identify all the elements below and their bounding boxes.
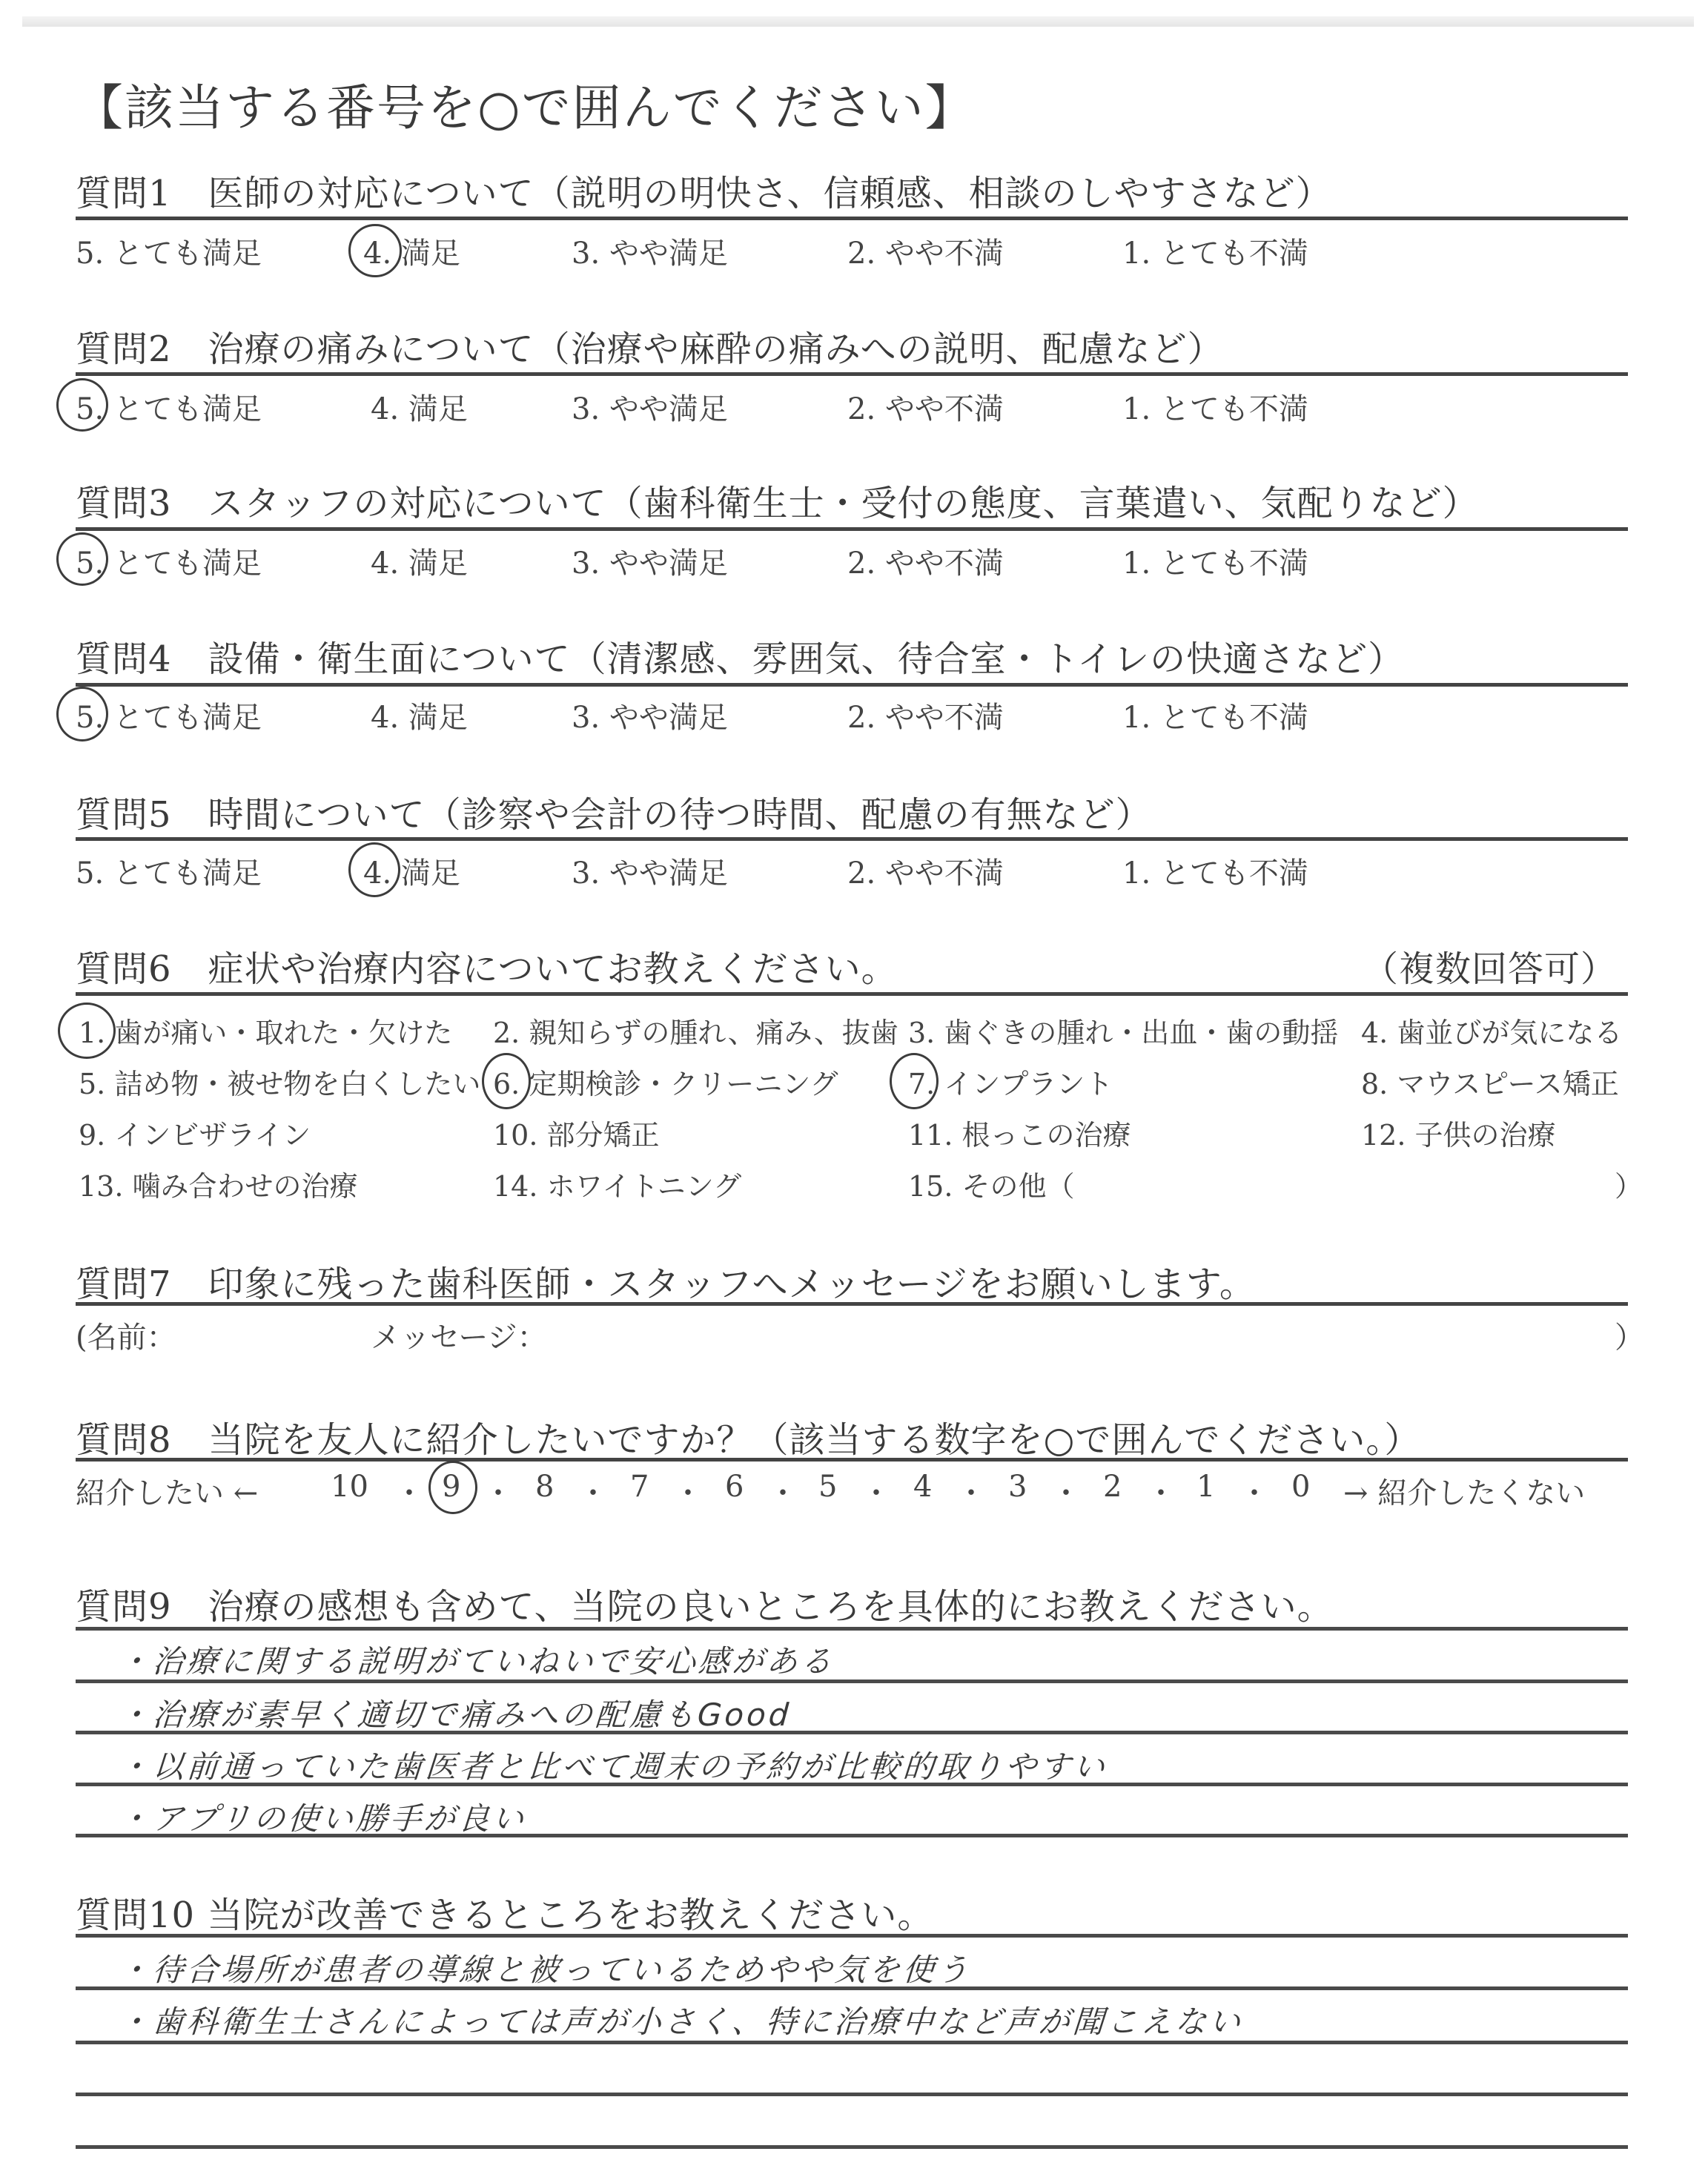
answer-rule [76,2145,1628,2149]
scale-separator: ・ [1239,1470,1269,1512]
selection-circle-mark [890,1053,939,1109]
q3-option-3[interactable]: 3. やや満足 [572,540,728,582]
divider [76,837,1628,841]
scale-8[interactable]: 8 [535,1470,554,1504]
q1-option-3[interactable]: 3. やや満足 [572,230,728,272]
q6-option-13[interactable]: 13. 噛み合わせの治療 [79,1163,358,1204]
q2-option-3[interactable]: 3. やや満足 [572,386,728,428]
multiple-answers-note: （複数回答可） [1363,940,1617,991]
q4-option-3[interactable]: 3. やや満足 [572,694,728,736]
recommend-left-label: 紹介したい ← [76,1470,258,1512]
answer-rule [76,1934,1628,1938]
q6-option-5[interactable]: 5. 詰め物・被せ物を白くしたい [79,1061,480,1102]
question-4-heading: 質問4 設備・衛生面について（清潔感、雰囲気、待合室・トイレの快適さなど） [76,630,1404,681]
page-title: 【該当する番号を○で囲んでください】 [74,68,976,139]
selection-circle-mark [482,1053,531,1109]
question-2-heading: 質問2 治療の痛みについて（治療や麻酔の痛みへの説明、配慮など） [76,320,1224,371]
selection-circle-mark [58,1003,116,1059]
question-9-heading: 質問9 治療の感想も含めて、当院の良いところを具体的にお教えください。 [76,1578,1334,1629]
q3-option-1[interactable]: 1. とても不満 [1122,540,1308,582]
question-6-heading: 質問6 症状や治療内容についてお教えください。 [76,940,898,991]
q6-option-9[interactable]: 9. インビザライン [79,1112,311,1153]
answer-rule [76,2093,1628,2096]
message-field[interactable] [556,1314,1594,1347]
answer-rule [76,1834,1628,1837]
question-10-heading: 質問10 当院が改善できるところをお教えください。 [76,1886,933,1938]
q6-option-4[interactable]: 4. 歯並びが気になる [1361,1010,1622,1051]
q6-option-12[interactable]: 12. 子供の治療 [1361,1112,1556,1153]
selection-circle-mark [348,224,402,277]
q6-option-15-other[interactable]: 15. その他（ [908,1163,1075,1204]
answer-rule [76,1986,1628,1990]
q1-option-1[interactable]: 1. とても不満 [1122,230,1308,272]
q3-option-2[interactable]: 2. やや不満 [847,540,1004,582]
q1-option-5[interactable]: 5. とても満足 [76,230,262,272]
q6-option-8[interactable]: 8. マウスピース矯正 [1361,1061,1619,1102]
q6-other-close-paren: ） [1615,1163,1643,1204]
scale-separator: ・ [1146,1470,1176,1512]
question-5-heading: 質問5 時間について（診察や会計の待つ時間、配慮の有無など） [76,786,1152,837]
answer-rule [76,1783,1628,1786]
question-1-heading: 質問1 医師の対応について（説明の明快さ、信頼感、相談のしやすさなど） [76,165,1332,216]
scale-separator: ・ [861,1470,891,1512]
message-close-paren: ） [1615,1314,1644,1356]
q2-option-2[interactable]: 2. やや不満 [847,386,1004,428]
answer-rule [76,1627,1628,1631]
q2-option-4[interactable]: 4. 満足 [371,386,468,428]
selection-circle-mark [56,687,108,742]
scale-separator: ・ [483,1470,513,1512]
divider [76,527,1628,531]
q5-option-1[interactable]: 1. とても不満 [1122,850,1308,892]
scale-3[interactable]: 3 [1008,1470,1027,1504]
scale-0[interactable]: 0 [1291,1470,1310,1504]
answer-rule [76,2041,1628,2044]
scale-5[interactable]: 5 [818,1470,837,1504]
scale-6[interactable]: 6 [725,1470,744,1504]
q3-option-4[interactable]: 4. 満足 [371,540,468,582]
scale-separator: ・ [768,1470,798,1512]
q5-option-5[interactable]: 5. とても満足 [76,850,262,892]
selection-circle-mark [428,1461,477,1514]
scale-separator: ・ [578,1470,608,1512]
scale-separator: ・ [1051,1470,1081,1512]
q6-option-6[interactable]: 6. 定期検診・クリーニング [493,1061,838,1102]
q4-option-1[interactable]: 1. とても不満 [1122,694,1308,736]
scale-separator: ・ [673,1470,703,1512]
selection-circle-mark [56,532,108,586]
divider [76,1302,1628,1306]
divider [76,1458,1628,1462]
divider [76,217,1628,220]
q5-option-2[interactable]: 2. やや不満 [847,850,1004,892]
scale-1[interactable]: 1 [1196,1470,1215,1504]
q6-option-2[interactable]: 2. 親知らずの腫れ、痛み、抜歯 [493,1010,898,1051]
divider [76,992,1628,996]
answer-rule [76,1731,1628,1734]
message-label: メッセージ： [371,1314,547,1356]
q4-option-2[interactable]: 2. やや不満 [847,694,1004,736]
scale-separator: ・ [394,1470,424,1512]
q6-option-1[interactable]: 1. 歯が痛い・取れた・欠けた [79,1010,452,1051]
q2-option-1[interactable]: 1. とても不満 [1122,386,1308,428]
scale-4[interactable]: 4 [913,1470,932,1504]
question-3-heading: 質問3 スタッフの対応について（歯科衛生士・受付の態度、言葉遣い、気配りなど） [76,475,1479,526]
divider [76,683,1628,687]
scale-10[interactable]: 10 [331,1470,368,1504]
q6-option-10[interactable]: 10. 部分矯正 [493,1112,660,1153]
q6-option-14[interactable]: 14. ホワイトニング [493,1163,741,1204]
answer-rule [76,1680,1628,1683]
handwritten-answer[interactable]: ・治療が素早く適切で痛みへの配慮もGood [117,1691,793,1735]
selection-circle-mark [348,842,400,897]
handwritten-answer[interactable]: ・治療に関する説明がていねいで安心感がある [117,1637,836,1682]
selection-circle-mark [56,378,108,432]
q6-option-11[interactable]: 11. 根っこの治療 [908,1112,1131,1153]
recommend-right-label: → 紹介したくない [1343,1470,1585,1512]
question-7-heading: 質問7 印象に残った歯科医師・スタッフへメッセージをお願いします。 [76,1255,1256,1307]
scale-7[interactable]: 7 [630,1470,649,1504]
question-8-heading: 質問8 当院を友人に紹介したいですか？（該当する数字を○で囲んでください。） [76,1411,1420,1462]
handwritten-answer[interactable]: ・待合場所が患者の導線と被っているためやや気を使う [117,1946,973,1990]
name-field[interactable] [200,1314,363,1347]
handwritten-answer[interactable]: ・以前通っていた歯医者と比べて週末の予約が比較的取りやすい [117,1743,1109,1787]
name-label: (名前： [76,1314,176,1356]
q6-option-3[interactable]: 3. 歯ぐきの腫れ・出血・歯の動揺 [908,1010,1338,1051]
scale-2[interactable]: 2 [1103,1470,1122,1504]
q4-option-4[interactable]: 4. 満足 [371,694,468,736]
q6-option-7[interactable]: 7. インプラント [908,1061,1113,1102]
q5-option-3[interactable]: 3. やや満足 [572,850,728,892]
scale-separator: ・ [956,1470,986,1512]
handwritten-answer[interactable]: ・アプリの使い勝手が良い [117,1794,529,1839]
q1-option-2[interactable]: 2. やや不満 [847,230,1004,272]
scan-top-edge [22,16,1694,27]
divider [76,372,1628,376]
handwritten-answer[interactable]: ・歯科衛生士さんによっては声が小さく、特に治療中など声が聞こえない [117,1998,1245,2042]
